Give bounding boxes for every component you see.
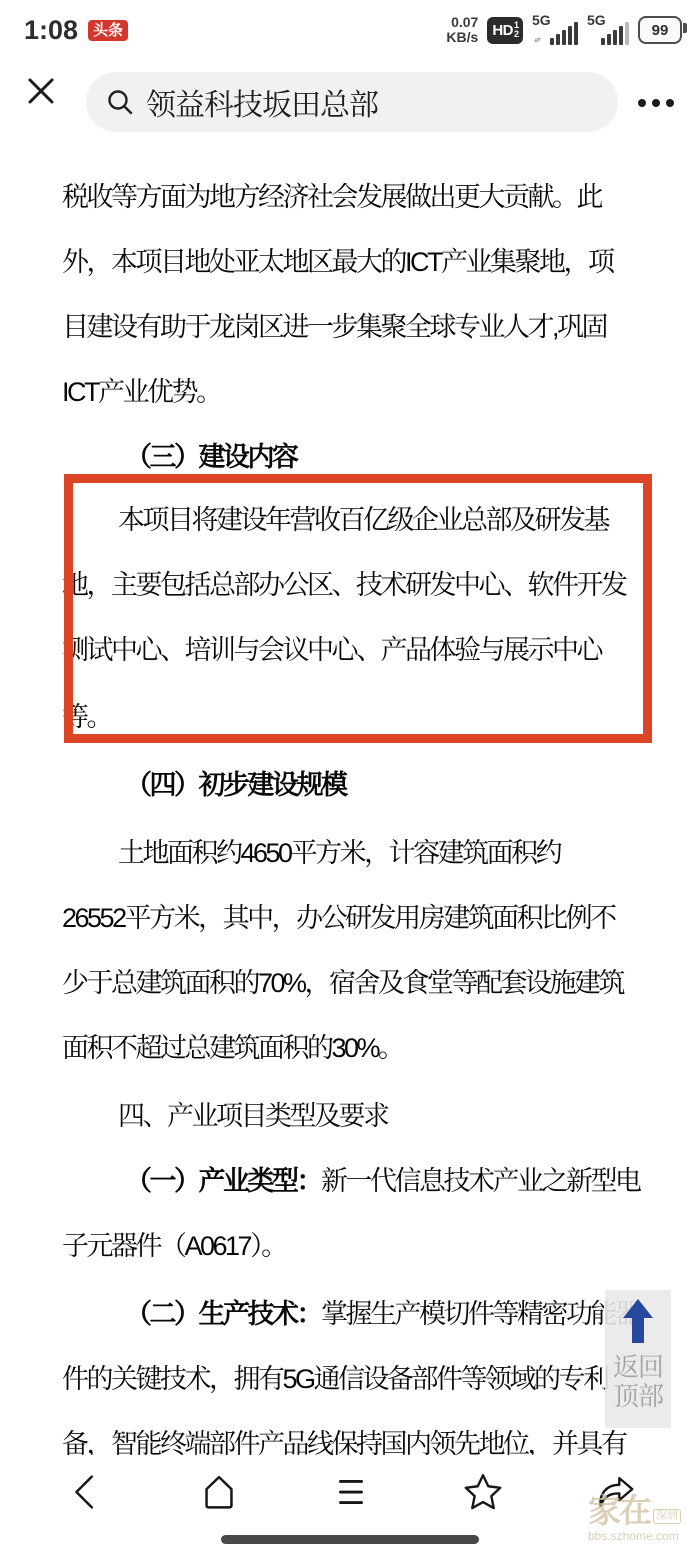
signal-icon-sim1: 5G ▴▾ xyxy=(532,12,578,48)
share-button[interactable] xyxy=(590,1467,640,1517)
star-icon xyxy=(460,1469,506,1515)
search-query-text: 领益科技坂田总部 xyxy=(146,80,378,124)
doc-line: 26552平方米，其中，办公研发用房建筑面积比例不 xyxy=(62,903,615,934)
back-to-top-line1: 返回 xyxy=(613,1353,663,1382)
hd-volte-icon: HD 1 2 xyxy=(487,17,523,44)
doc-line-bold-segment: （一）产业类型： xyxy=(125,1166,321,1196)
battery-icon: 99 xyxy=(638,16,682,44)
doc-line-bold-segment: （三）建设内容 xyxy=(125,442,297,472)
status-left: 1:08 头条 xyxy=(14,15,128,46)
hd-label: HD xyxy=(492,22,513,39)
battery-nub xyxy=(683,23,687,33)
network-speed-unit: KB/s xyxy=(446,30,478,45)
battery-level: 99 xyxy=(652,22,669,39)
doc-line-segment: 土地面积约4650平方米，计容建筑面积约 xyxy=(118,838,560,868)
back-button[interactable] xyxy=(62,1467,112,1517)
doc-line-segment: 新一代信息技术产业之新型电 xyxy=(321,1166,640,1196)
doc-line-bold-segment: （四）初步建设规模 xyxy=(125,770,346,800)
search-bar[interactable]: 领益科技坂田总部 xyxy=(86,72,618,132)
doc-line-segment: 本项目将建设年营收百亿级企业总部及研发基 xyxy=(118,505,608,535)
share-icon xyxy=(592,1469,638,1515)
dot xyxy=(652,99,660,107)
data-activity-icon: ▴▾ xyxy=(534,35,540,44)
doc-line: 本项目将建设年营收百亿级企业总部及研发基 xyxy=(118,505,608,536)
doc-line: （四）初步建设规模 xyxy=(125,770,346,801)
doc-line: 外，本项目地处亚太地区最大的ICT产业集聚地，项 xyxy=(62,247,613,278)
search-icon xyxy=(106,88,134,116)
back-to-top-button[interactable]: 返回 顶部 xyxy=(605,1290,671,1428)
status-right: 0.07 KB/s HD 1 2 5G ▴▾ 5G xyxy=(446,12,686,48)
doc-line: 面积不超过总建筑面积的30%。 xyxy=(62,1033,403,1064)
doc-line: （三）建设内容 xyxy=(125,442,297,473)
home-icon xyxy=(196,1469,242,1515)
close-button[interactable] xyxy=(24,74,58,108)
doc-line: 子元器件（A0617）。 xyxy=(62,1231,286,1262)
doc-line-segment: 面积不超过总建筑面积的30%。 xyxy=(62,1033,403,1063)
arrow-up-icon xyxy=(621,1298,655,1344)
doc-line: 少于总建筑面积的70%，宿舍及食堂等配套设施建筑 xyxy=(62,968,623,999)
doc-line: 土地面积约4650平方米，计容建筑面积约 xyxy=(118,838,560,869)
doc-line-segment: 等。 xyxy=(62,702,111,732)
signal1-bars xyxy=(550,22,578,45)
favorite-button[interactable] xyxy=(458,1467,508,1517)
dot xyxy=(638,99,646,107)
doc-line: 地，主要包括总部办公区、技术研发中心、软件开发 xyxy=(62,570,626,601)
doc-line: ICT产业优势。 xyxy=(62,377,221,408)
doc-line-segment: 掌握生产模切件等精密功能器 xyxy=(321,1299,640,1329)
doc-line-segment: 外，本项目地处亚太地区最大的ICT产业集聚地，项 xyxy=(62,247,613,277)
dot xyxy=(666,99,674,107)
document-body: 税收等方面为地方经济社会发展做出更大贡献。此外，本项目地处亚太地区最大的ICT产… xyxy=(0,146,700,1456)
hd-sim-2: 2 xyxy=(514,30,519,39)
doc-line: 四、产业项目类型及要求 xyxy=(118,1101,388,1132)
doc-line-segment: 26552平方米，其中，办公研发用房建筑面积比例不 xyxy=(62,903,615,933)
doc-line-segment: 件的关键技术，拥有5G通信设备部件等领域的专利 xyxy=(62,1364,608,1394)
back-icon xyxy=(64,1469,110,1515)
signal1-label: 5G xyxy=(532,12,551,28)
clock: 1:08 xyxy=(24,15,78,46)
menu-button[interactable] xyxy=(326,1467,376,1517)
doc-line-segment: 子元器件（A0617）。 xyxy=(62,1231,286,1261)
close-icon xyxy=(24,74,58,108)
doc-line-segment: 测试中心、培训与会议中心、产品体验与展示中心 xyxy=(62,635,601,665)
network-speed: 0.07 KB/s xyxy=(446,15,478,45)
menu-icon xyxy=(328,1469,374,1515)
back-to-top-label: 返回 顶部 xyxy=(613,1353,663,1411)
network-speed-value: 0.07 xyxy=(451,15,478,30)
signal2-bars xyxy=(601,22,629,45)
home-button[interactable] xyxy=(194,1467,244,1517)
more-menu-button[interactable] xyxy=(632,86,680,120)
doc-line: 测试中心、培训与会议中心、产品体验与展示中心 xyxy=(62,635,601,666)
doc-line-segment: 地，主要包括总部办公区、技术研发中心、软件开发 xyxy=(62,570,626,600)
doc-line-segment: 目建设有助于龙岗区进一步集聚全球专业人才,巩固 xyxy=(62,312,606,342)
doc-line: 目建设有助于龙岗区进一步集聚全球专业人才,巩固 xyxy=(62,312,606,343)
doc-line: 等。 xyxy=(62,702,111,733)
doc-line-bold-segment: （二）生产技术： xyxy=(125,1299,321,1329)
browser-screen: 1:08 头条 0.07 KB/s HD 1 2 5G ▴▾ xyxy=(0,0,700,1556)
signal-icon-sim2: 5G xyxy=(587,12,629,48)
doc-line: 税收等方面为地方经济社会发展做出更大贡献。此 xyxy=(62,182,601,213)
home-indicator[interactable] xyxy=(221,1535,479,1544)
doc-line-segment: 四、产业项目类型及要求 xyxy=(118,1101,388,1131)
toutiao-app-badge: 头条 xyxy=(88,20,128,41)
hd-sim-numbers: 1 2 xyxy=(514,21,519,39)
back-to-top-line2: 顶部 xyxy=(613,1382,663,1411)
status-bar: 1:08 头条 0.07 KB/s HD 1 2 5G ▴▾ xyxy=(0,0,700,60)
doc-line-segment: 少于总建筑面积的70%，宿舍及食堂等配套设施建筑 xyxy=(62,968,623,998)
doc-line: （一）产业类型：新一代信息技术产业之新型电 xyxy=(125,1166,640,1197)
doc-line: （二）生产技术：掌握生产模切件等精密功能器 xyxy=(125,1299,640,1330)
doc-line-segment: 税收等方面为地方经济社会发展做出更大贡献。此 xyxy=(62,182,601,212)
doc-line-segment: ICT产业优势。 xyxy=(62,377,221,407)
browser-header: 领益科技坂田总部 xyxy=(0,60,700,147)
doc-line: 件的关键技术，拥有5G通信设备部件等领域的专利 xyxy=(62,1364,608,1395)
